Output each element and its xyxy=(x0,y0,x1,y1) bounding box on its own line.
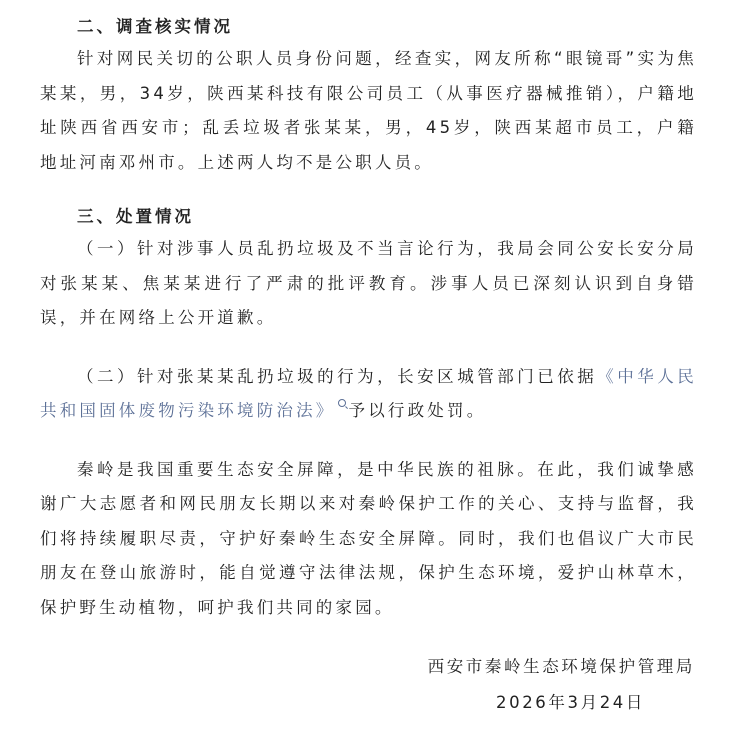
spacer xyxy=(40,336,697,360)
signature-date: 2026年3月24日 xyxy=(496,689,645,713)
section-heading-investigation: 二、调查核实情况 xyxy=(40,12,697,42)
search-icon[interactable] xyxy=(338,399,346,407)
spacer xyxy=(40,429,697,453)
disposal-paragraph-1: （一）针对涉事人员乱扔垃圾及不当言论行为，我局会同公安长安分局对张某某、焦某某进… xyxy=(40,232,697,336)
signature-organization: 西安市秦岭生态环境保护管理局 xyxy=(428,653,695,677)
closing-paragraph: 秦岭是我国重要生态安全屏障，是中华民族的祖脉。在此，我们诚挚感谢广大志愿者和网民… xyxy=(40,453,697,626)
section-heading-disposal: 三、处置情况 xyxy=(40,202,697,232)
disposal-paragraph-2-text: （二）针对张某某乱扔垃圾的行为，长安区城管部门已依据 xyxy=(77,367,597,386)
document-body: 二、调查核实情况 针对网民关切的公职人员身份问题，经查实，网友所称“眼镜哥”实为… xyxy=(40,12,697,625)
investigation-paragraph: 针对网民关切的公职人员身份问题，经查实，网友所称“眼镜哥”实为焦某某，男，34岁… xyxy=(40,42,697,180)
disposal-paragraph-2-tail: 予以行政处罚。 xyxy=(349,401,487,420)
spacer xyxy=(40,180,697,202)
disposal-paragraph-2: （二）针对张某某乱扔垃圾的行为，长安区城管部门已依据《中华人民共和国固体废物污染… xyxy=(40,360,697,429)
